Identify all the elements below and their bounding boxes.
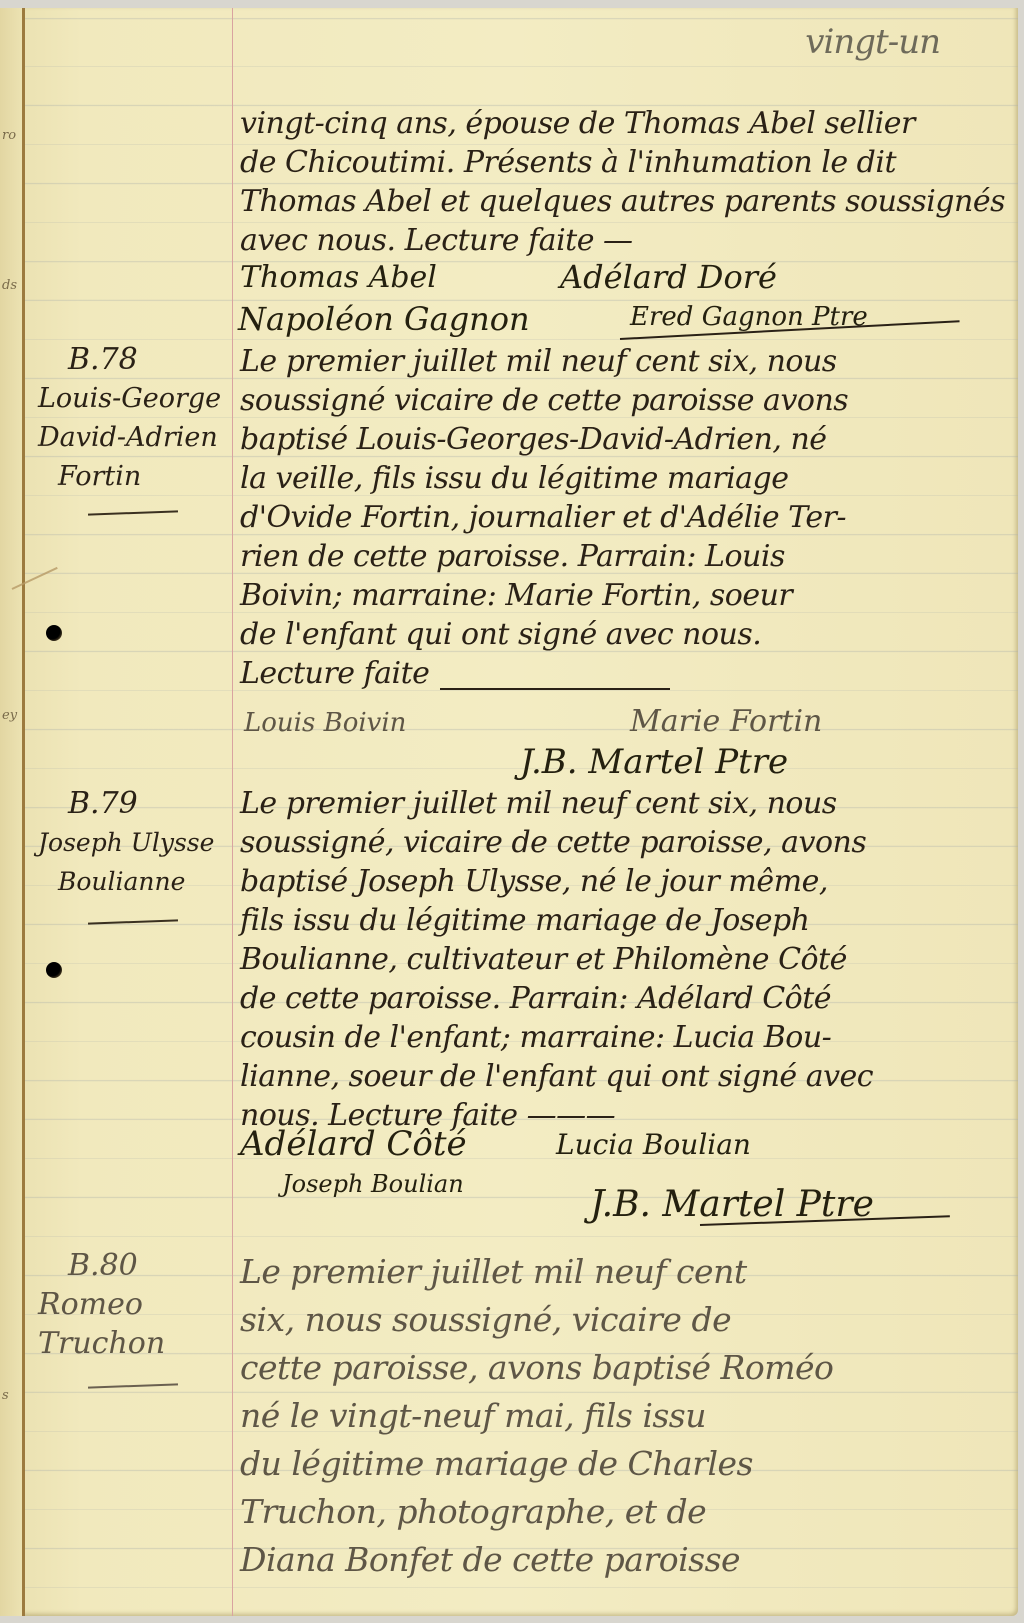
text-line: fils issu du légitime mariage de Joseph	[240, 901, 1000, 940]
entry-number: B.78	[38, 340, 228, 379]
baptized-name-line: Joseph Ulysse	[38, 823, 228, 862]
text-line: cousin de l'enfant; marraine: Lucia Bou-	[240, 1018, 1000, 1057]
text-line: du légitime mariage de Charles	[240, 1440, 1000, 1488]
text-line: rien de cette paroisse. Parrain: Louis	[240, 537, 1000, 576]
page-binding: ro ds ey s	[0, 8, 25, 1616]
entry-margin-b79: B.79 Joseph Ulysse Boulianne	[38, 784, 228, 923]
text-line: la veille, fils issu du légitime mariage	[240, 459, 1000, 498]
entry-body-b79: Le premier juillet mil neuf cent six, no…	[240, 784, 1000, 1135]
signature: Adélard Côté	[240, 1124, 467, 1164]
text-line: Diana Bonfet de cette paroisse	[240, 1536, 1000, 1584]
text-line: Boivin; marraine: Marie Fortin, soeur	[240, 576, 1000, 615]
text-line: baptisé Louis-Georges-David-Adrien, né	[240, 420, 1000, 459]
entry-margin-b80: B.80 Romeo Truchon	[38, 1246, 228, 1387]
text-line: soussigné vicaire de cette paroisse avon…	[240, 381, 1000, 420]
text-line: Thomas Abel et quelques autres parents s…	[240, 182, 1000, 221]
text-line: six, nous soussigné, vicaire de	[240, 1296, 1000, 1344]
text-line: de l'enfant qui ont signé avec nous.	[240, 615, 1000, 654]
binding-scribble: ey	[2, 708, 17, 723]
text-line: cette paroisse, avons baptisé Roméo	[240, 1344, 1000, 1392]
signature: Louis Boivin	[244, 708, 406, 738]
signature: Napoléon Gagnon	[238, 300, 530, 338]
text-line: Boulianne, cultivateur et Philomène Côté	[240, 940, 1000, 979]
folio-label: vingt-un	[805, 22, 940, 62]
baptized-name-line: Fortin	[38, 457, 228, 496]
text-line: Le premier juillet mil neuf cent six, no…	[240, 784, 1000, 823]
signature: Thomas Abel	[240, 260, 437, 295]
baptized-name-line: Boulianne	[38, 862, 228, 901]
register-page: ro ds ey s vingt-un vingt-cinq ans, épou…	[0, 8, 1018, 1616]
text-line: Le premier juillet mil neuf cent	[240, 1248, 1000, 1296]
text-line: lianne, soeur de l'enfant qui ont signé …	[240, 1057, 1000, 1096]
text-line: de Chicoutimi. Présents à l'inhumation l…	[240, 143, 1000, 182]
entry-body-b78: Le premier juillet mil neuf cent six, no…	[240, 342, 1000, 693]
entry-number: B.79	[38, 784, 228, 823]
text-line: avec nous. Lecture faite —	[240, 221, 1000, 260]
signature: Adélard Doré	[560, 258, 777, 296]
punch-hole	[46, 625, 62, 641]
binding-scribble: ro	[2, 128, 16, 143]
text-line: vingt-cinq ans, épouse de Thomas Abel se…	[240, 104, 1000, 143]
priest-signature: J.B. Martel Ptre	[520, 742, 788, 782]
punch-hole	[46, 962, 62, 978]
text-line: Truchon, photographe, et de	[240, 1488, 1000, 1536]
text-line: soussigné, vicaire de cette paroisse, av…	[240, 823, 1000, 862]
baptized-name-line: David-Adrien	[38, 418, 228, 457]
text-line: né le vingt-neuf mai, fils issu	[240, 1392, 1000, 1440]
text-line: Le premier juillet mil neuf cent six, no…	[240, 342, 1000, 381]
signature: Marie Fortin	[630, 704, 822, 739]
line-flourish	[440, 688, 670, 690]
binding-scribble: ds	[2, 278, 17, 293]
baptized-name-line: Romeo	[38, 1285, 228, 1324]
signature: Lucia Boulian	[556, 1128, 751, 1161]
text-line: baptisé Joseph Ulysse, né le jour même,	[240, 862, 1000, 901]
binding-scribble: s	[2, 1388, 9, 1403]
entry-margin-b78: B.78 Louis-George David-Adrien Fortin	[38, 340, 228, 514]
text-line: de cette paroisse. Parrain: Adélard Côté	[240, 979, 1000, 1018]
continuation-text: vingt-cinq ans, épouse de Thomas Abel se…	[240, 104, 1000, 260]
margin-rule	[232, 8, 233, 1616]
entry-number: B.80	[38, 1246, 228, 1285]
text-line: d'Ovide Fortin, journalier et d'Adélie T…	[240, 498, 1000, 537]
baptized-name-line: Truchon	[38, 1324, 228, 1363]
baptized-name-line: Louis-George	[38, 379, 228, 418]
entry-body-b80: Le premier juillet mil neuf cent six, no…	[240, 1248, 1000, 1584]
signature: Joseph Boulian	[282, 1170, 464, 1198]
